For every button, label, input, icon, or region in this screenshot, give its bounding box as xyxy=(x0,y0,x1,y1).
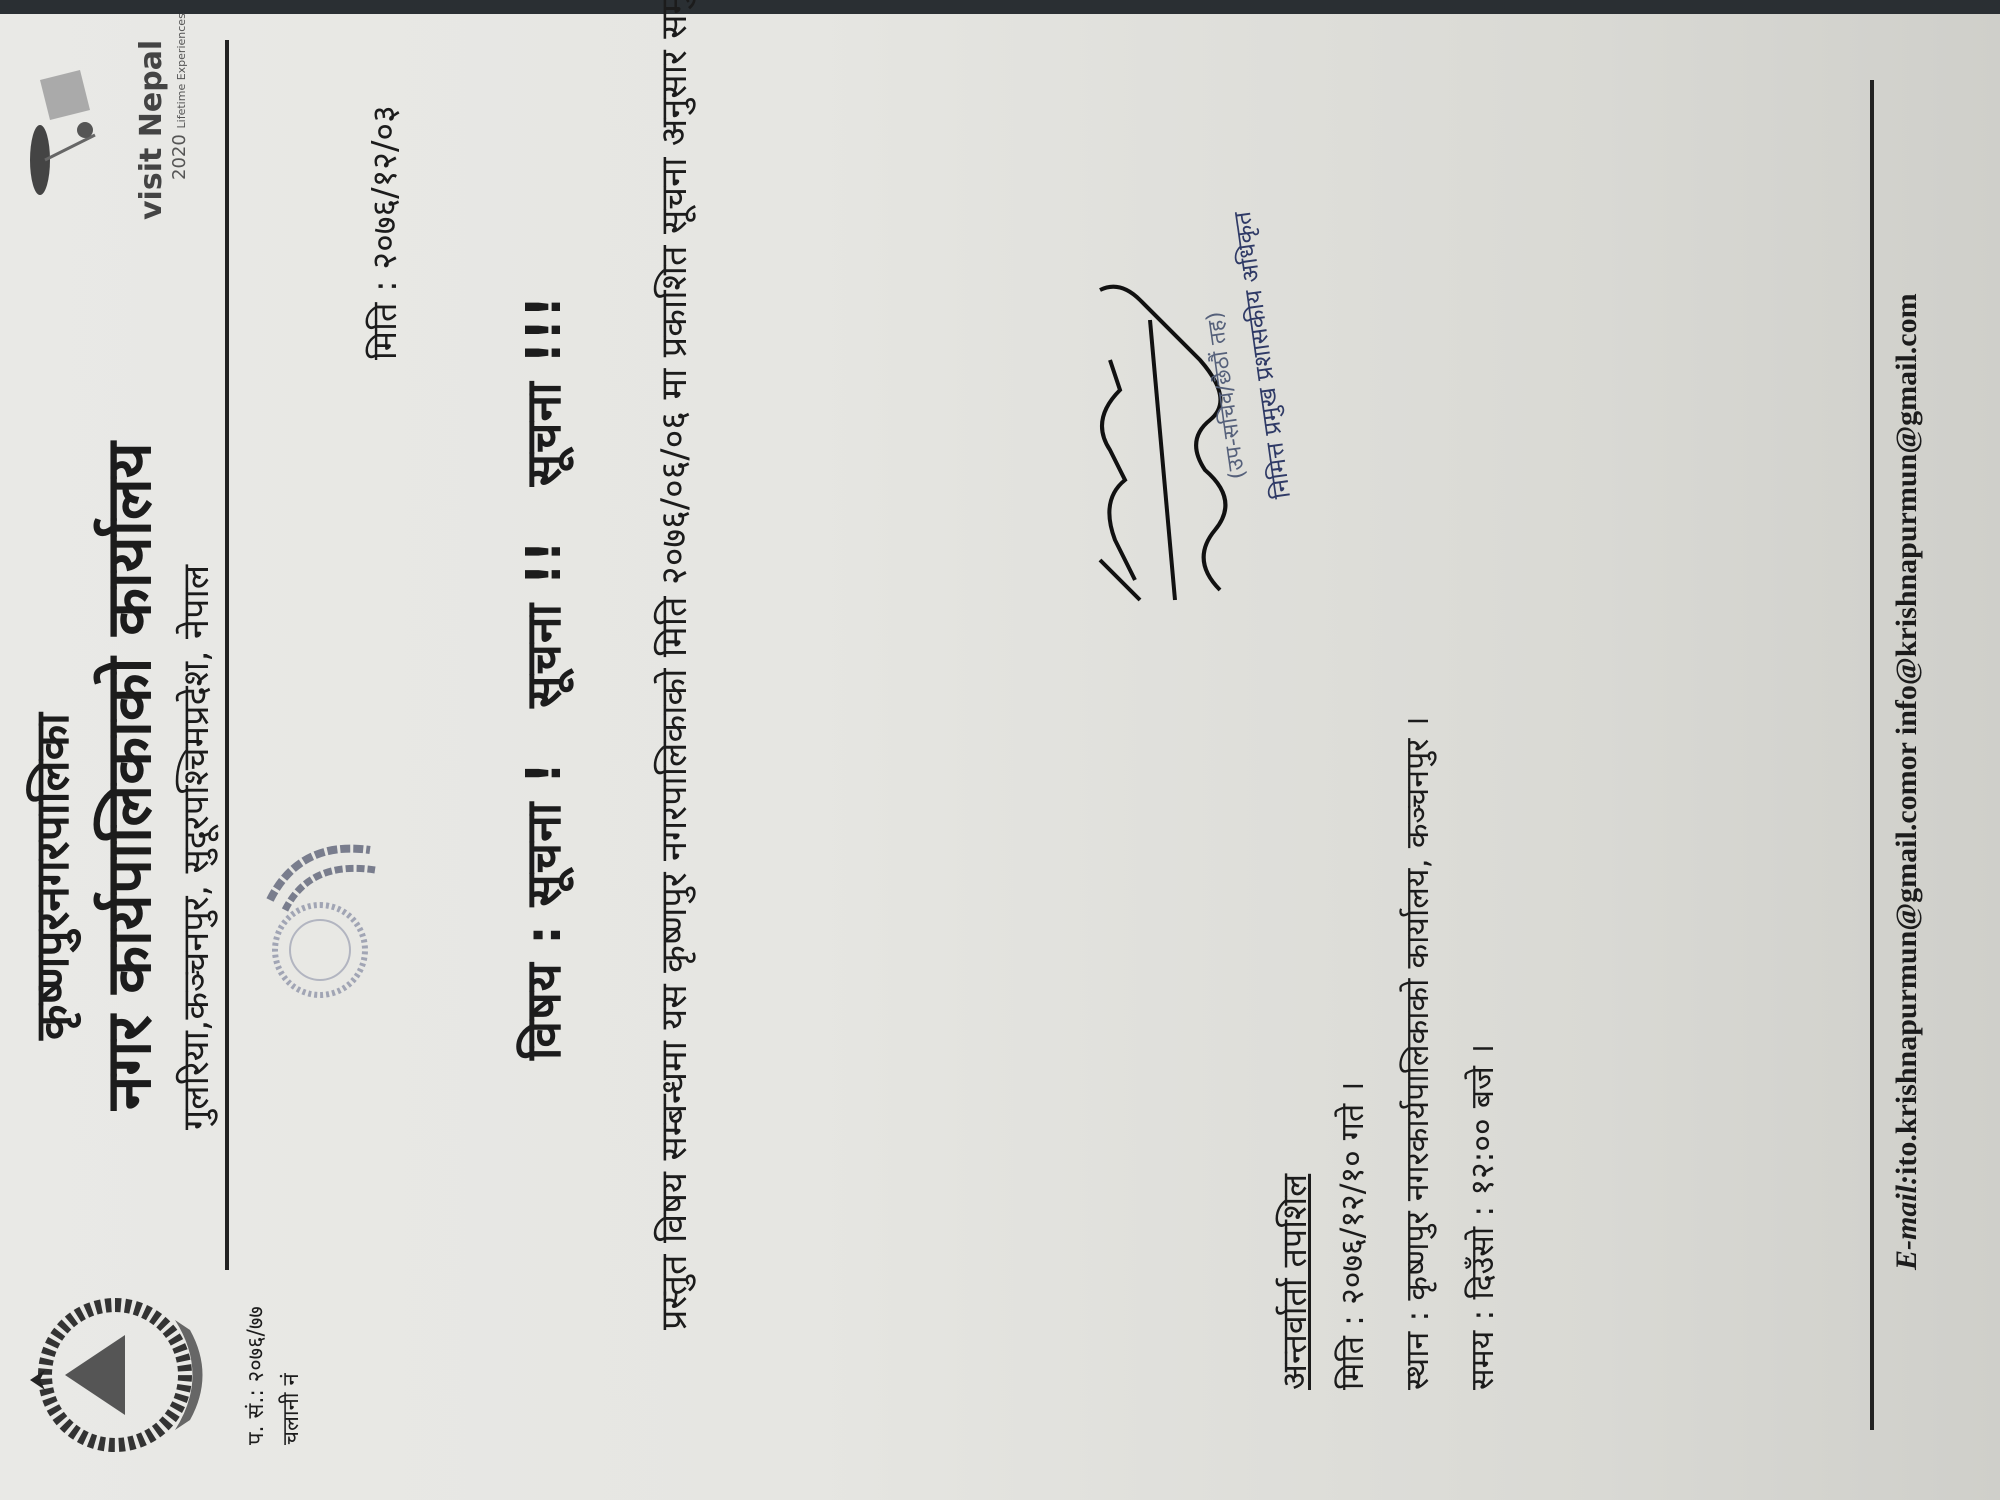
office-name: नगर कार्यपालिकाको कार्यालय xyxy=(85,442,169,1110)
visit-nepal-icon xyxy=(20,50,130,220)
dispatch-number: चलानी नं xyxy=(275,1373,305,1445)
header-divider xyxy=(225,40,229,1270)
interview-venue: स्थान : कृष्णपुर नगरकार्यपालिकाको कार्या… xyxy=(1395,716,1438,1390)
notice-page: कृष्णपुरनगरपालिका नगर कार्यपालिकाको कार्… xyxy=(0,0,2000,1500)
notice-date: मिति : २०७६/१२/०३ xyxy=(360,105,406,360)
reference-number: प. सं.: २०७६/७७ xyxy=(240,1306,270,1445)
visit-nepal-logo: visit Nepal 2020 Lifetime Experiences xyxy=(20,50,200,220)
office-address: गुलरिया,कञ्चनपुर, सुदूरपश्चिमप्रदेश, नेप… xyxy=(170,565,219,1130)
interview-date: मिति : २०७६/१२/१० गते । xyxy=(1330,1082,1373,1391)
visit-nepal-tagline: Lifetime Experiences xyxy=(175,13,188,128)
office-seal-stamp xyxy=(240,820,390,1020)
interview-time: समय : दिउँसो : १२:०० बजे । xyxy=(1460,1044,1503,1390)
visit-nepal-text: visit Nepal xyxy=(134,50,169,220)
municipality-name: कृष्णपुरनगरपालिका xyxy=(20,713,82,1040)
interview-details-title: अन्तर्वार्ता तपशिल xyxy=(1270,1174,1316,1390)
footer-divider xyxy=(1870,80,1874,1430)
nepal-emblem-icon xyxy=(25,1290,215,1460)
footer-email: E-mail:ito.krishnapurmun@gmail.comor inf… xyxy=(1890,293,1924,1270)
notice-subject: विषय : सूचना ! सूचना !! सूचना !!! xyxy=(510,295,575,1060)
notice-body: प्रस्तुत विषय सम्बन्धमा यस कृष्णपुर नगरप… xyxy=(640,110,710,1440)
visit-nepal-year: 2020 xyxy=(169,134,190,180)
